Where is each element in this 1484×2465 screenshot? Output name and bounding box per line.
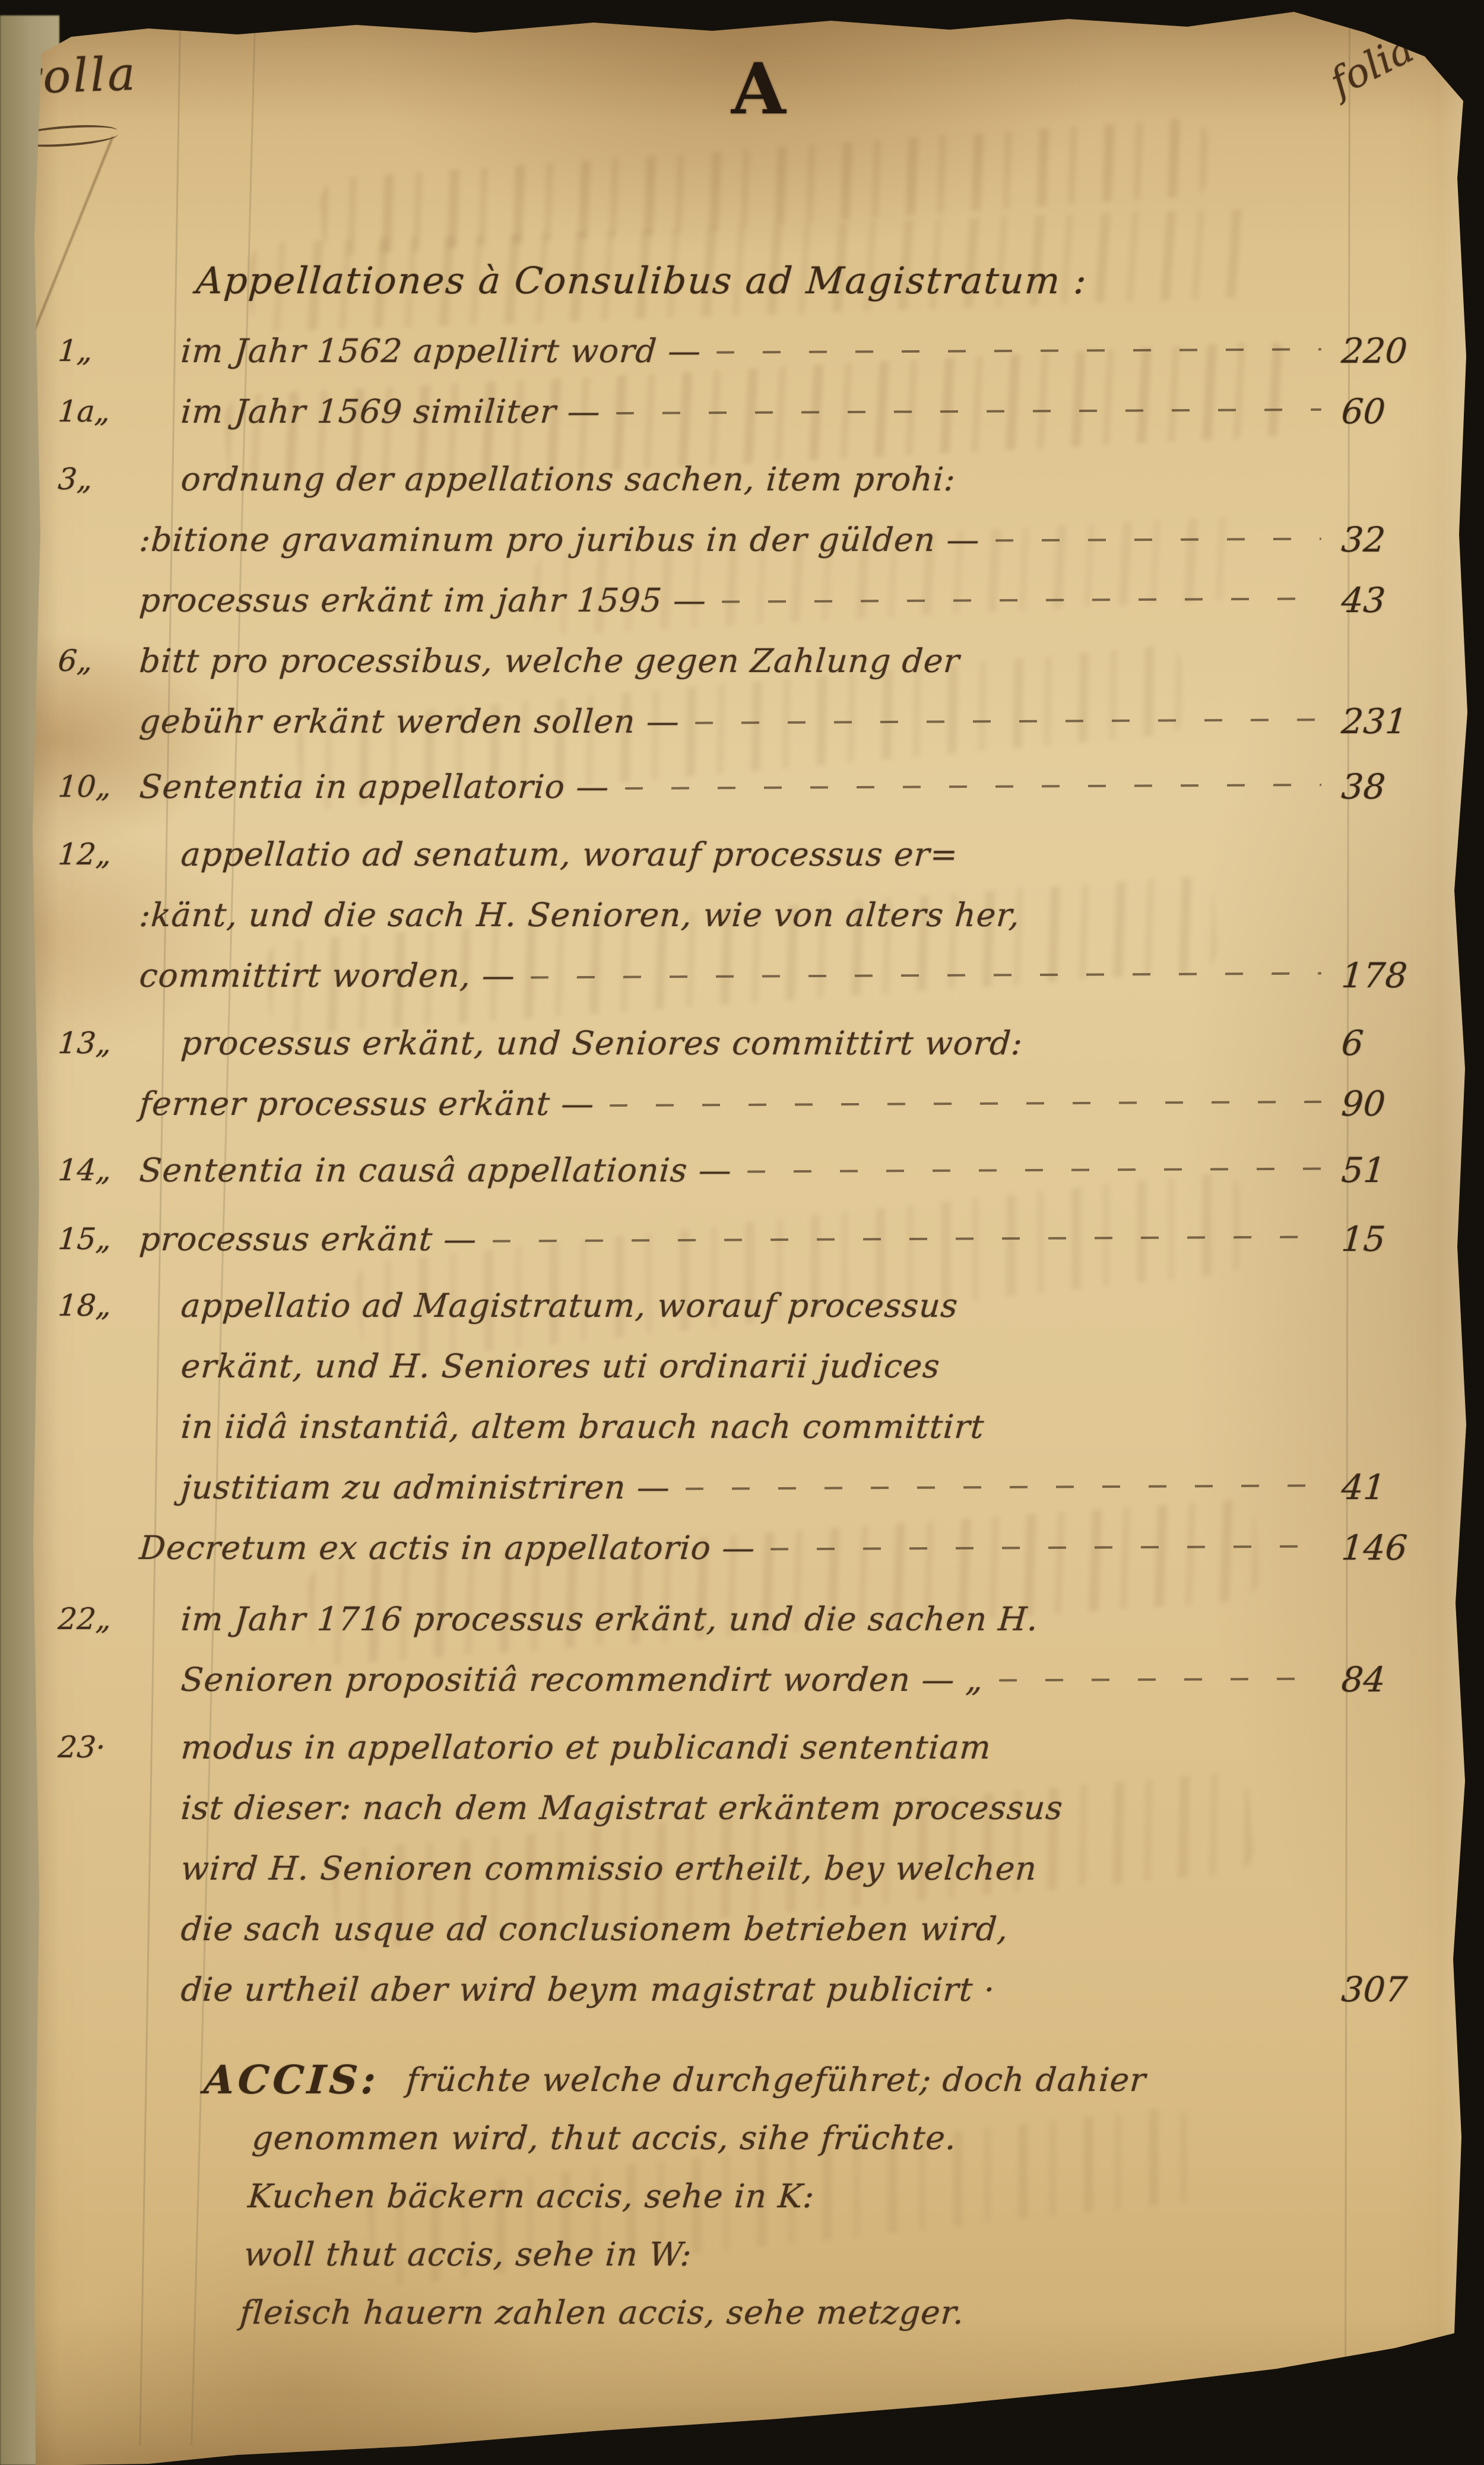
accis-heading: ACCIS:	[202, 2057, 381, 2103]
index-row: 10„ Sententia in appellatorio — 38	[0, 756, 1484, 817]
folio-number: 41	[1336, 1467, 1449, 1507]
index-row: :känt, und die sach H. Senioren, wie von…	[0, 885, 1484, 945]
entry-text: bitt pro processibus, welche gegen Zahlu…	[138, 642, 961, 680]
dotted-leader	[770, 1545, 1321, 1551]
index-row: 15„ processus erkänt — 15	[0, 1209, 1484, 1269]
index-row: 13„ processus erkänt, und Seniores commi…	[0, 1013, 1484, 1073]
entry-text: gebühr erkänt werden sollen —	[138, 702, 681, 740]
dotted-leader	[686, 1484, 1322, 1490]
index-row: 1„ im Jahr 1562 appellirt word — 220	[0, 321, 1484, 381]
folio-number: 146	[1336, 1528, 1449, 1568]
folio-number: 15	[1336, 1219, 1449, 1259]
index-row: 22„ im Jahr 1716 processus erkänt, und d…	[0, 1589, 1484, 1649]
entry-text: modus in appellatorio et publicandi sent…	[138, 1728, 992, 1766]
index-row: :bitione gravaminum pro juribus in der g…	[0, 509, 1484, 570]
entry-text: Sententia in causâ appellationis —	[138, 1151, 733, 1189]
entry-text: ordnung der appellations sachen, item pr…	[138, 460, 957, 498]
entry-text: in iidâ instantiâ, altem brauch nach com…	[138, 1408, 986, 1446]
dotted-leader	[492, 1235, 1321, 1242]
index-row: ist dieser: nach dem Magistrat erkäntem …	[0, 1778, 1484, 1838]
index-row: 6„ bitt pro processibus, welche gegen Za…	[0, 630, 1484, 691]
accis-section: ACCIS: früchte welche durchgeführet; doc…	[0, 2051, 1484, 2342]
entry-text: im Jahr 1716 processus erkänt, und die s…	[138, 1600, 1040, 1638]
index-row: erkänt, und H. Seniores uti ordinarii ju…	[0, 1336, 1484, 1396]
manuscript-page: orolla A folia Appellationes à Consulibu…	[0, 0, 1484, 2465]
folio-number: 6	[1336, 1023, 1449, 1063]
entry-text: Senioren propositiâ recommendirt worden …	[138, 1661, 985, 1699]
index-row: justitiam zu administriren — 41	[0, 1457, 1484, 1517]
entry-text: im Jahr 1562 appellirt word —	[138, 332, 703, 370]
index-row: 14„ Sententia in causâ appellationis — 5…	[0, 1140, 1484, 1200]
index-row: 3„ ordnung der appellations sachen, item…	[0, 449, 1484, 509]
entry-text: :bitione gravaminum pro juribus in der g…	[138, 521, 981, 559]
dotted-leader	[610, 1101, 1321, 1107]
entry-text: Decretum ex actis in appellatorio —	[138, 1529, 757, 1567]
entry-text: justitiam zu administriren —	[138, 1468, 672, 1506]
folia-column-label: folia	[1323, 26, 1420, 106]
section-title: Appellationes à Consulibus ad Magistratu…	[0, 248, 1484, 321]
entry-text: Sententia in appellatorio —	[138, 768, 611, 806]
index-row: in iidâ instantiâ, altem brauch nach com…	[0, 1396, 1484, 1457]
entry-text: appellatio ad senatum, worauf processus …	[138, 835, 960, 873]
entry-text: erkänt, und H. Seniores uti ordinarii ju…	[138, 1347, 941, 1385]
accis-line: fleisch hauern zahlen accis, sehe metzge…	[0, 2283, 1478, 2342]
accis-continuation-lines: genommen wird, thut accis, sihe früchte.…	[0, 2109, 1484, 2342]
entry-text: die sach usque ad conclusionem betrieben…	[138, 1910, 1010, 1948]
dotted-leader	[716, 348, 1321, 353]
entry-text: wird H. Senioren commissio ertheilt, bey…	[138, 1849, 1038, 1887]
entry-text: appellatio ad Magistratum, worauf proces…	[138, 1287, 960, 1325]
folio-number: 307	[1336, 1969, 1449, 2010]
manuscript-scan: orolla A folia Appellationes à Consulibu…	[0, 0, 1484, 2465]
entry-text: ist dieser: nach dem Magistrat erkäntem …	[138, 1789, 1064, 1827]
folio-number: 231	[1336, 701, 1449, 742]
dotted-leader	[695, 718, 1322, 724]
accis-line-text: früchte welche durchgeführet; doch dahie…	[405, 2061, 1147, 2099]
entry-text: processus erkänt, und Seniores committir…	[138, 1024, 1025, 1062]
index-content: Appellationes à Consulibus ad Magistratu…	[0, 248, 1484, 2342]
entry-text: ferner processus erkänt —	[138, 1085, 596, 1123]
index-rows: 1„ im Jahr 1562 appellirt word — 220 1a„…	[0, 321, 1484, 2020]
index-row: 12„ appellatio ad senatum, worauf proces…	[0, 824, 1484, 885]
index-row: 1a„ im Jahr 1569 similiter — 60	[0, 381, 1484, 442]
folio-number: 220	[1336, 331, 1449, 371]
index-row: die sach usque ad conclusionem betrieben…	[0, 1899, 1484, 1959]
dotted-leader	[624, 784, 1321, 790]
entry-text: im Jahr 1569 similiter —	[138, 392, 602, 430]
folio-number: 84	[1336, 1659, 1449, 1700]
index-row: committirt worden, — 178	[0, 945, 1484, 1006]
entry-text: :känt, und die sach H. Senioren, wie von…	[138, 896, 1022, 934]
accis-line: woll thut accis, sehe in W:	[0, 2225, 1482, 2283]
accis-line: genommen wird, thut accis, sihe früchte.	[2, 2109, 1484, 2167]
folio-number: 178	[1336, 955, 1449, 996]
index-row: 23· modus in appellatorio et publicandi …	[0, 1717, 1484, 1778]
dotted-leader	[995, 538, 1321, 542]
index-row: 18„ appellatio ad Magistratum, worauf pr…	[0, 1275, 1484, 1336]
dotted-leader	[531, 972, 1322, 979]
index-letter-heading: A	[731, 47, 786, 130]
folio-number: 90	[1336, 1083, 1449, 1124]
folio-number: 51	[1336, 1150, 1449, 1190]
index-row: Senioren propositiâ recommendirt worden …	[0, 1649, 1484, 1710]
folio-number: 60	[1336, 391, 1449, 432]
index-row: gebühr erkänt werden sollen — 231	[0, 691, 1484, 752]
index-row: wird H. Senioren commissio ertheilt, bey…	[0, 1838, 1484, 1899]
index-row: ferner processus erkänt — 90	[0, 1073, 1484, 1134]
index-row: die urtheil aber wird beym magistrat pub…	[0, 1959, 1484, 2020]
accis-line: Kuchen bäckern accis, sehe in K:	[0, 2167, 1484, 2225]
dotted-leader	[616, 408, 1322, 414]
folio-number: 38	[1336, 766, 1449, 807]
accis-line: ACCIS: früchte welche durchgeführet; doc…	[6, 2051, 1484, 2109]
dotted-leader	[722, 597, 1321, 603]
folio-number: 32	[1336, 519, 1449, 560]
entry-text: processus erkänt —	[138, 1220, 478, 1258]
entry-text: committirt worden, —	[138, 956, 517, 994]
dotted-leader	[747, 1167, 1322, 1173]
dotted-leader	[998, 1678, 1321, 1682]
folio-number: 43	[1336, 580, 1449, 620]
entry-text: die urtheil aber wird beym magistrat pub…	[138, 1970, 997, 2008]
index-row: Decretum ex actis in appellatorio — 146	[0, 1517, 1484, 1578]
index-row: processus erkänt im jahr 1595 — 43	[0, 570, 1484, 630]
entry-text: processus erkänt im jahr 1595 —	[138, 581, 708, 619]
